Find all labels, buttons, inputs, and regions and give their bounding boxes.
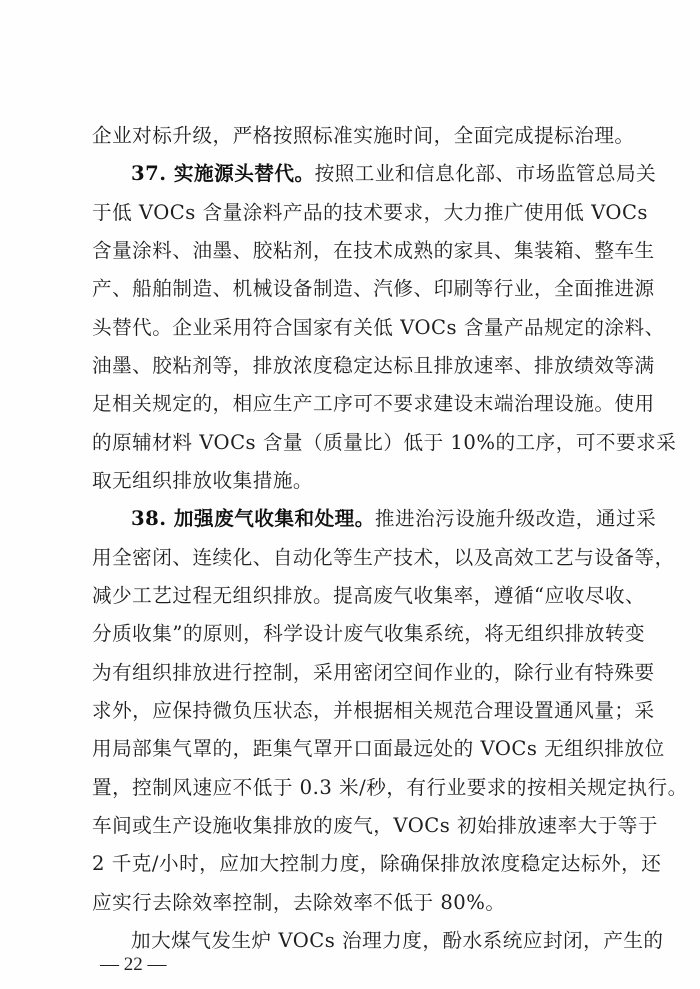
text-line: 产、船舶制造、机械设备制造、汽修、印刷等行业，全面推进源 bbox=[92, 270, 608, 308]
text-line: 分质收集”的原则，科学设计废气收集系统，将无组织排放转变 bbox=[92, 615, 608, 653]
line-text: 企业对标升级，严格按照标准实施时间，全面完成提标治理。 bbox=[92, 124, 635, 147]
line-text: 应实行去除效率控制，去除效率不低于 80%。 bbox=[92, 891, 505, 914]
text-line: 求外，应保持微负压状态，并根据相关规范合理设置通风量；采 bbox=[92, 692, 608, 730]
text-line: 减少工艺过程无组织排放。提高废气收集率，遵循“应收尽收、 bbox=[92, 577, 608, 615]
text-line: 用全密闭、连续化、自动化等生产技术，以及高效工艺与设备等， bbox=[92, 539, 608, 577]
text-line: 2 千克/小时，应加大控制力度，除确保排放浓度稳定达标外，还 bbox=[92, 845, 608, 883]
line-text: 按照工业和信息化部、市场监管总局关 bbox=[315, 162, 657, 185]
line-text: 置，控制风速应不低于 0.3 米/秒，有行业要求的按相关规定执行。 bbox=[92, 776, 688, 799]
section-38-heading-line: 38. 加强废气收集和处理。推进治污设施升级改造，通过采 bbox=[131, 500, 608, 538]
text-line: 取无组织排放收集措施。 bbox=[92, 462, 608, 500]
text-line: 油墨、胶粘剂等，排放浓度稳定达标且排放速率、排放绩效等满 bbox=[92, 347, 608, 385]
text-line: 头替代。企业采用符合国家有关低 VOCs 含量产品规定的涂料、 bbox=[92, 309, 608, 347]
line-text: 用全密闭、连续化、自动化等生产技术，以及高效工艺与设备等， bbox=[92, 546, 675, 569]
line-text: 2 千克/小时，应加大控制力度，除确保排放浓度稳定达标外，还 bbox=[92, 852, 661, 875]
text-line: 足相关规定的，相应生产工序可不要求建设末端治理设施。使用 bbox=[92, 385, 608, 423]
text-line: 应实行去除效率控制，去除效率不低于 80%。 bbox=[92, 884, 608, 922]
line-text: 头替代。企业采用符合国家有关低 VOCs 含量产品规定的涂料、 bbox=[92, 316, 665, 339]
line-text: 推进治污设施升级改造，通过采 bbox=[375, 507, 656, 530]
line-text: 的原辅材料 VOCs 含量（质量比）低于 10%的工序，可不要求采 bbox=[92, 431, 676, 454]
section-38-heading: 38. 加强废气收集和处理。 bbox=[131, 507, 375, 530]
line-text: 加大煤气发生炉 VOCs 治理力度，酚水系统应封闭，产生的 bbox=[131, 929, 664, 952]
section-37-heading: 37. 实施源头替代。 bbox=[131, 162, 315, 185]
text-line: 企业对标升级，严格按照标准实施时间，全面完成提标治理。 bbox=[92, 117, 608, 155]
page-number: — 22 — bbox=[100, 952, 167, 978]
line-text: 车间或生产设施收集排放的废气，VOCs 初始排放速率大于等于 bbox=[92, 814, 658, 837]
text-line: 用局部集气罩的，距集气罩开口面最远处的 VOCs 无组织排放位 bbox=[92, 730, 608, 768]
text-line: 车间或生产设施收集排放的废气，VOCs 初始排放速率大于等于 bbox=[92, 807, 608, 845]
line-text: 油墨、胶粘剂等，排放浓度稳定达标且排放速率、排放绩效等满 bbox=[92, 354, 655, 377]
section-37-heading-line: 37. 实施源头替代。按照工业和信息化部、市场监管总局关 bbox=[131, 155, 608, 193]
text-line: 置，控制风速应不低于 0.3 米/秒，有行业要求的按相关规定执行。 bbox=[92, 769, 608, 807]
line-text: 于低 VOCs 含量涂料产品的技术要求，大力推广使用低 VOCs bbox=[92, 201, 648, 224]
text-line: 含量涂料、油墨、胶粘剂，在技术成熟的家具、集装箱、整车生 bbox=[92, 232, 608, 270]
line-text: 为有组织排放进行控制，采用密闭空间作业的，除行业有特殊要 bbox=[92, 661, 655, 684]
line-text: 求外，应保持微负压状态，并根据相关规范合理设置通风量；采 bbox=[92, 699, 655, 722]
line-text: 足相关规定的，相应生产工序可不要求建设末端治理设施。使用 bbox=[92, 392, 655, 415]
line-text: 分质收集”的原则，科学设计废气收集系统，将无组织排放转变 bbox=[92, 622, 645, 645]
line-text: 含量涂料、油墨、胶粘剂，在技术成熟的家具、集装箱、整车生 bbox=[92, 239, 655, 262]
text-line: 加大煤气发生炉 VOCs 治理力度，酚水系统应封闭，产生的 bbox=[131, 922, 608, 960]
document-page: 企业对标升级，严格按照标准实施时间，全面完成提标治理。 37. 实施源头替代。按… bbox=[0, 0, 700, 989]
line-text: 取无组织排放收集措施。 bbox=[92, 469, 313, 492]
line-text: 产、船舶制造、机械设备制造、汽修、印刷等行业，全面推进源 bbox=[92, 277, 655, 300]
text-line: 为有组织排放进行控制，采用密闭空间作业的，除行业有特殊要 bbox=[92, 654, 608, 692]
text-line: 于低 VOCs 含量涂料产品的技术要求，大力推广使用低 VOCs bbox=[92, 194, 608, 232]
text-line: 的原辅材料 VOCs 含量（质量比）低于 10%的工序，可不要求采 bbox=[92, 424, 608, 462]
line-text: 用局部集气罩的，距集气罩开口面最远处的 VOCs 无组织排放位 bbox=[92, 737, 665, 760]
line-text: 减少工艺过程无组织排放。提高废气收集率，遵循“应收尽收、 bbox=[92, 584, 645, 607]
